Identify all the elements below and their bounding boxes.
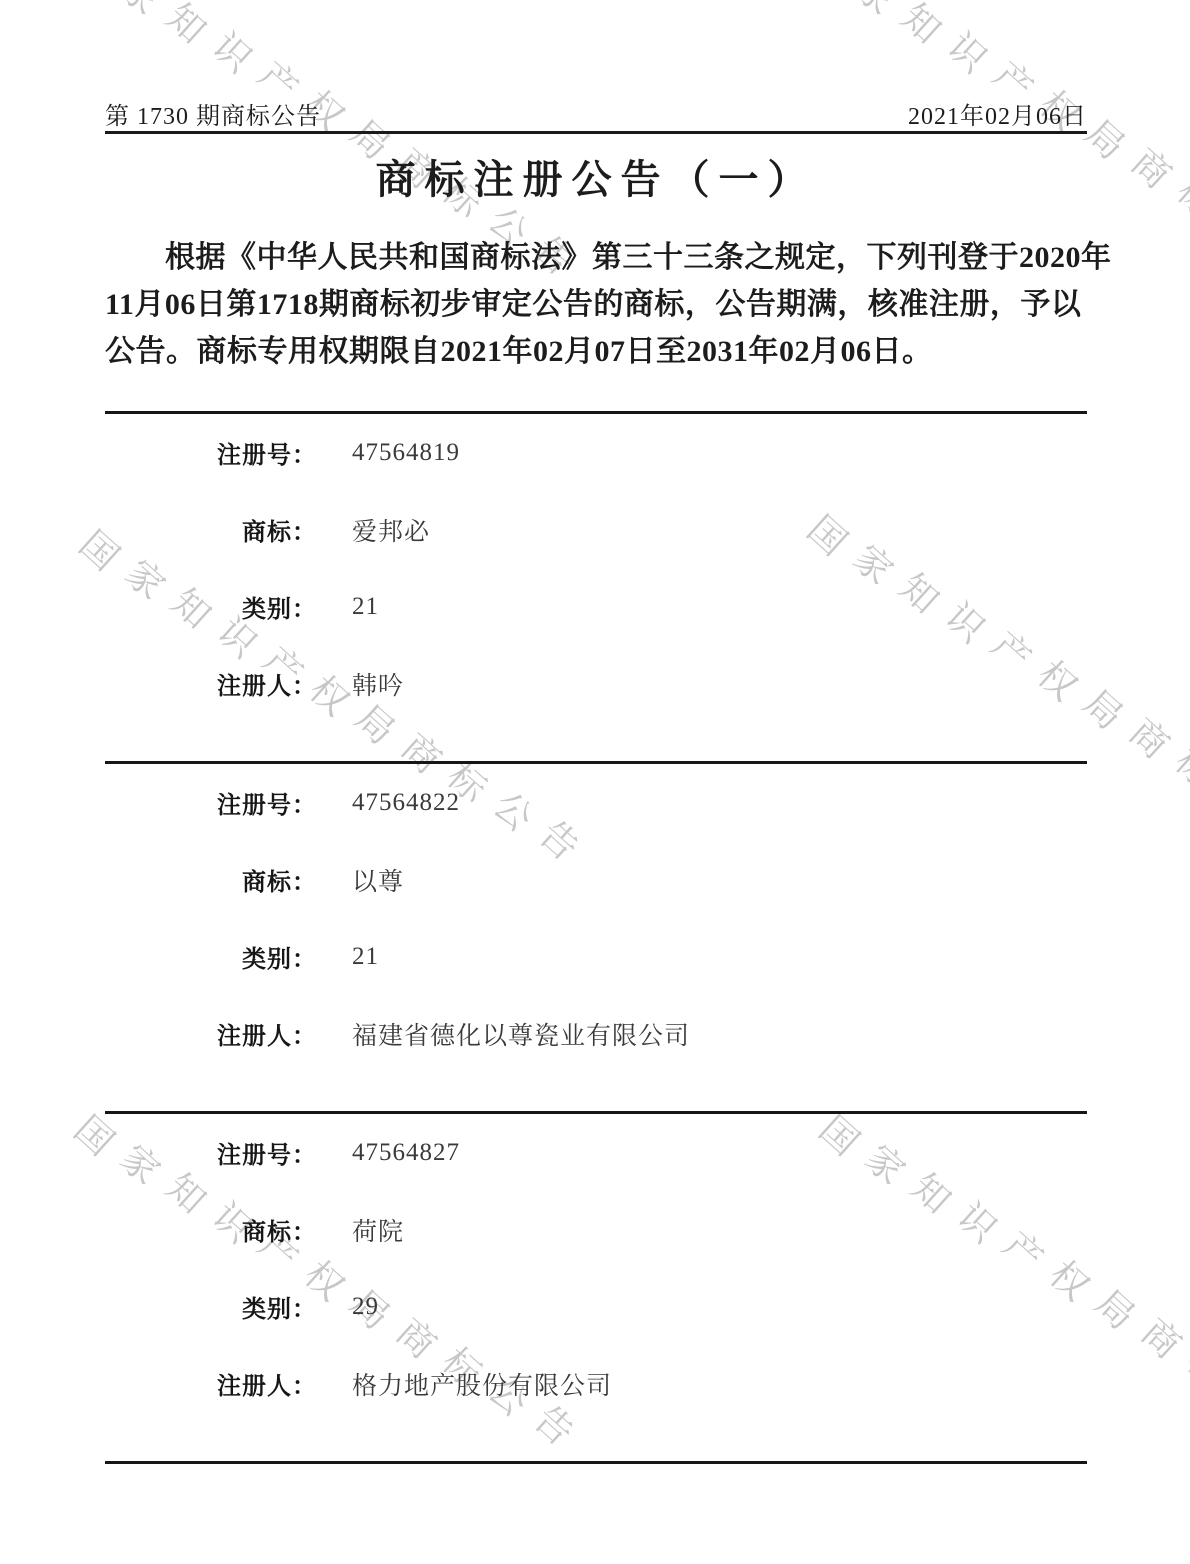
class-value: 21 <box>352 593 379 621</box>
intro-line-2: 11月06日第1718期商标初步审定公告的商标，公告期满，核准注册，予以 <box>105 281 1087 328</box>
field-row-registrant: 注册人： 福建省德化以尊瓷业有限公司 <box>105 995 1087 1072</box>
intro-line-3: 公告。商标专用权期限自2021年02月07日至2031年02月06日。 <box>105 328 1087 375</box>
watermark-char: 标 <box>1168 742 1190 794</box>
reg-no-label: 注册号： <box>105 1135 317 1170</box>
class-value: 21 <box>352 943 379 971</box>
field-row-reg-no: 注册号： 47564827 <box>105 1114 1087 1191</box>
watermark-char: 商 <box>1124 143 1176 195</box>
field-row-mark: 商标： 爱邦必 <box>105 491 1087 568</box>
class-value: 29 <box>352 1293 379 1321</box>
intro-paragraph: 根据《中华人民共和国商标法》第三十三条之规定，下列刊登于2020年 11月06日… <box>105 234 1087 375</box>
watermark-char: 知 <box>159 0 211 51</box>
mark-label: 商标： <box>105 1212 317 1247</box>
mark-value: 以尊 <box>352 862 404 898</box>
gazette-issue-label: 第 1730 期商标公告 <box>105 96 321 131</box>
bottom-rule <box>105 1461 1087 1464</box>
watermark-char: 标 <box>1170 172 1190 224</box>
trademark-record: 注册号： 47564822 商标： 以尊 类别： 21 注册人： 福建省德化以尊… <box>105 761 1087 1111</box>
document-page: 国家知识产权局商标公告国家知识产权局商标公告国家知识产权局商标公告国家知识产权局… <box>0 0 1190 1564</box>
page-title: 商标注册公告（一） <box>105 148 1087 205</box>
trademark-record: 注册号： 47564827 商标： 荷院 类别： 29 注册人： 格力地产股份有… <box>105 1111 1087 1461</box>
intro-line-1: 根据《中华人民共和国商标法》第三十三条之规定，下列刊登于2020年 <box>105 234 1087 281</box>
field-row-reg-no: 注册号： 47564822 <box>105 764 1087 841</box>
field-row-class: 类别： 21 <box>105 568 1087 645</box>
page-header: 第 1730 期商标公告 2021年02月06日 <box>105 96 1087 131</box>
records-section: 注册号： 47564819 商标： 爱邦必 类别： 21 注册人： 韩吟 <box>105 411 1087 1464</box>
watermark-char: 标 <box>1180 1342 1190 1394</box>
registrant-label: 注册人： <box>105 1366 317 1401</box>
class-label: 类别： <box>105 589 317 624</box>
watermark-char: 商 <box>1122 713 1174 765</box>
class-label: 类别： <box>105 1289 317 1324</box>
watermark-char: 识 <box>940 27 992 79</box>
mark-value: 荷院 <box>352 1212 404 1248</box>
reg-no-label: 注册号： <box>105 435 317 470</box>
header-rule <box>105 131 1087 134</box>
class-label: 类别： <box>105 939 317 974</box>
field-row-reg-no: 注册号： 47564819 <box>105 414 1087 491</box>
watermark-char: 知 <box>894 0 946 51</box>
watermark-char: 局 <box>1088 1284 1140 1336</box>
field-row-registrant: 注册人： 格力地产股份有限公司 <box>105 1345 1087 1422</box>
field-row-registrant: 注册人： 韩吟 <box>105 645 1087 722</box>
mark-label: 商标： <box>105 862 317 897</box>
watermark-char: 识 <box>205 27 257 79</box>
reg-no-label: 注册号： <box>105 785 317 820</box>
field-row-mark: 商标： 荷院 <box>105 1191 1087 1268</box>
field-row-class: 类别： 29 <box>105 1268 1087 1345</box>
reg-no-value: 47564819 <box>352 439 460 467</box>
reg-no-value: 47564822 <box>352 789 460 817</box>
registrant-value: 韩吟 <box>352 666 404 702</box>
mark-label: 商标： <box>105 512 317 547</box>
mark-value: 爱邦必 <box>352 512 430 548</box>
watermark-char: 家 <box>848 0 900 22</box>
registrant-label: 注册人： <box>105 666 317 701</box>
registrant-value: 福建省德化以尊瓷业有限公司 <box>352 1016 690 1052</box>
watermark-char: 家 <box>113 0 165 22</box>
reg-no-value: 47564827 <box>352 1139 460 1167</box>
watermark-char: 商 <box>1134 1313 1186 1365</box>
field-row-mark: 商标： 以尊 <box>105 841 1087 918</box>
registrant-label: 注册人： <box>105 1016 317 1051</box>
registrant-value: 格力地产股份有限公司 <box>352 1366 612 1402</box>
trademark-record: 注册号： 47564819 商标： 爱邦必 类别： 21 注册人： 韩吟 <box>105 411 1087 761</box>
gazette-date-label: 2021年02月06日 <box>908 96 1087 131</box>
field-row-class: 类别： 21 <box>105 918 1087 995</box>
